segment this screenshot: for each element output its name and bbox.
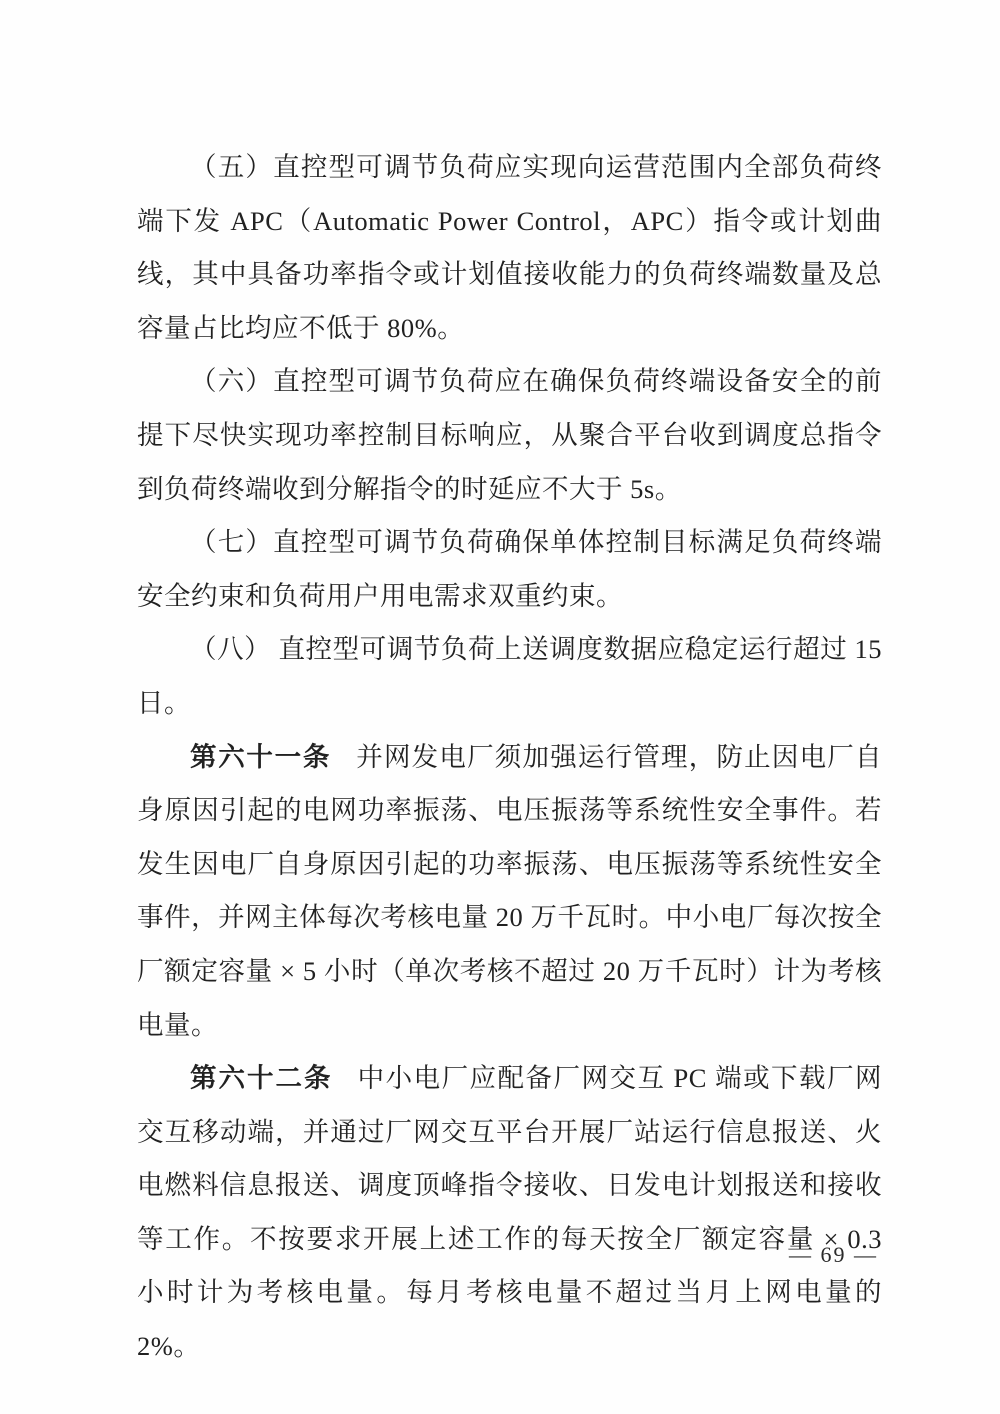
- article-paragraph-62: 第六十二条中小电厂应配备厂网交互 PC 端或下载厂网交互移动端，并通过厂网交互平…: [137, 1052, 882, 1374]
- clause-paragraph-6: （六）直控型可调节负荷应在确保负荷终端设备安全的前提下尽快实现功率控制目标响应，…: [137, 355, 882, 516]
- clause-text: （六）直控型可调节负荷应在确保负荷终端设备安全的前提下尽快实现功率控制目标响应，…: [137, 366, 882, 503]
- clause-paragraph-7: （七）直控型可调节负荷确保单体控制目标满足负荷终端安全约束和负荷用户用电需求双重…: [137, 516, 882, 623]
- article-paragraph-61: 第六十一条并网发电厂须加强运行管理，防止因电厂自身原因引起的电网功率振荡、电压振…: [137, 731, 882, 1053]
- clause-text: （八） 直控型可调节负荷上送调度数据应稳定运行超过 15 日。: [137, 634, 882, 718]
- article-text: 中小电厂应配备厂网交互 PC 端或下载厂网交互移动端，并通过厂网交互平台开展厂站…: [137, 1063, 882, 1361]
- clause-text: （七）直控型可调节负荷确保单体控制目标满足负荷终端安全约束和负荷用户用电需求双重…: [137, 527, 882, 611]
- clause-paragraph-5: （五）直控型可调节负荷应实现向运营范围内全部负荷终端下发 APC（Automat…: [137, 141, 882, 355]
- page-number: — 69 —: [789, 1242, 878, 1268]
- article-number-label: 第六十一条: [190, 742, 331, 772]
- article-text: 并网发电厂须加强运行管理，防止因电厂自身原因引起的电网功率振荡、电压振荡等系统性…: [137, 742, 882, 1040]
- clause-paragraph-8: （八） 直控型可调节负荷上送调度数据应稳定运行超过 15 日。: [137, 623, 882, 730]
- document-page: （五）直控型可调节负荷应实现向运营范围内全部负荷终端下发 APC（Automat…: [0, 0, 1000, 1414]
- article-number-label: 第六十二条: [190, 1063, 332, 1093]
- clause-text: （五）直控型可调节负荷应实现向运营范围内全部负荷终端下发 APC（Automat…: [137, 152, 882, 343]
- document-body: （五）直控型可调节负荷应实现向运营范围内全部负荷终端下发 APC（Automat…: [137, 141, 882, 1374]
